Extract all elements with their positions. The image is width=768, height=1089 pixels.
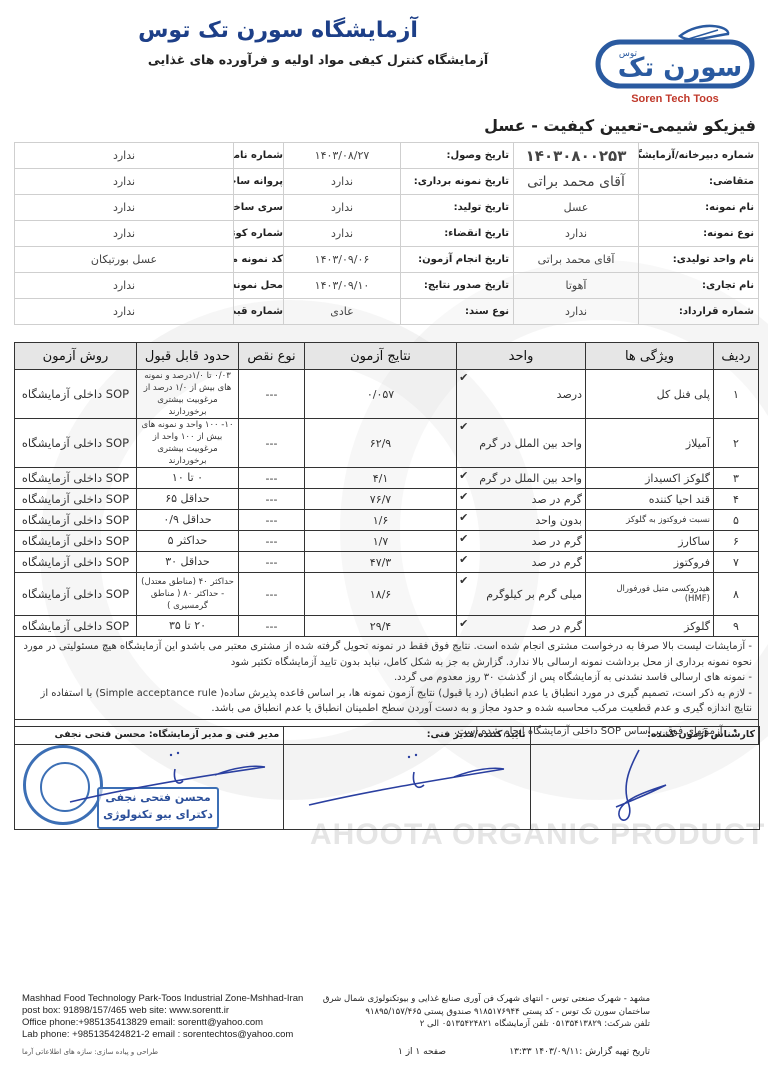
info-value: عادی	[284, 299, 401, 325]
defect-type: ---	[239, 510, 305, 531]
table-row: ۸ هیدروکسی متیل فورفورال (HMF) میلی گرم …	[15, 573, 759, 616]
result-value: ۱/۷	[305, 531, 457, 552]
info-label: نام تجاری:	[639, 273, 759, 299]
note-line: - لازم به ذکر است، تصمیم گیری در مورد ان…	[21, 686, 752, 717]
unit: گرم در صد	[471, 489, 586, 510]
property-name: قند احیا کننده	[586, 489, 714, 510]
footer-building-fa: ساختمان سورن تک توس - کد پستی ۹۱۸۵۱۷۶۹۴۴…	[300, 1006, 650, 1019]
footer-postbox-website: post box: 91898/157/465 web site: www.so…	[22, 1005, 303, 1017]
test-method: SOP داخلی آزمایشگاه	[15, 419, 137, 468]
manager-label: مدیر فنی و مدیر آزمایشگاه: محسن فتحی نجف…	[55, 729, 280, 740]
property-name: آمیلاز	[586, 419, 714, 468]
check-icon: ✔	[457, 616, 471, 637]
approver-signature	[304, 747, 514, 817]
table-row: ۳ گلوکز اکسیداز واحد بین الملل در گرم ✔ …	[15, 468, 759, 489]
approver-signature-cell: تایید کننده/مدیر فنی:	[283, 727, 529, 829]
col-header-defect: نوع نقص	[239, 343, 305, 370]
check-icon: ✔	[457, 510, 471, 531]
property-name: گلوکز اکسیداز	[586, 468, 714, 489]
acceptable-limit: ۰ تا ۱۰	[137, 468, 239, 489]
unit: میلی گرم بر کیلوگرم	[471, 573, 586, 616]
footer-contact-fa: مشهد - شهرک صنعتی توس - انتهای شهرک فن آ…	[300, 993, 650, 1031]
defect-type: ---	[239, 419, 305, 468]
sample-info-grid: شماره دبیرخانه/آزمایشگاه: ۱۴۰۳۰۸۰۰۲۵۳ تا…	[14, 142, 759, 325]
lab-name: آزمایشگاه سورن تک توس	[78, 18, 478, 43]
row-number: ۲	[714, 419, 759, 468]
row-number: ۶	[714, 531, 759, 552]
result-value: ۱/۶	[305, 510, 457, 531]
row-number: ۱	[714, 370, 759, 419]
footer-address-en: Mashhad Food Technology Park-Toos Indust…	[22, 993, 303, 1005]
info-value: ندارد	[284, 195, 401, 221]
results-table: ردیف ویژگی ها واحد نتایج آزمون نوع نقص ح…	[14, 342, 759, 745]
table-row: ۲ آمیلاز واحد بین الملل در گرم ✔ ۶۲/۹ --…	[15, 419, 759, 468]
info-label: نوع سند:	[401, 299, 514, 325]
info-value: ندارد	[284, 221, 401, 247]
result-value: ۷۶/۷	[305, 489, 457, 510]
info-label: شماره کوتاژ:	[234, 221, 284, 247]
col-header-unit: واحد	[457, 343, 586, 370]
info-value: ندارد	[514, 221, 639, 247]
info-label: سری ساخت:	[234, 195, 284, 221]
defect-type: ---	[239, 573, 305, 616]
result-value: ۶۲/۹	[305, 419, 457, 468]
info-value: ۱۴۰۳/۰۸/۲۷	[284, 143, 401, 169]
col-header-row-number: ردیف	[714, 343, 759, 370]
manager-signature-cell: مدیر فنی و مدیر آزمایشگاه: محسن فتحی نجف…	[15, 727, 283, 829]
note-line: - آزمایشات لیست بالا صرفا به درخواست مشت…	[21, 639, 752, 670]
check-icon: ✔	[457, 468, 471, 489]
row-number: ۷	[714, 552, 759, 573]
defect-type: ---	[239, 370, 305, 419]
acceptable-limit: حداقل ۶۵	[137, 489, 239, 510]
acceptable-limit: حداقل ۰/۹	[137, 510, 239, 531]
info-row: نوع نمونه: ندارد تاریخ انقضاء: ندارد شما…	[15, 221, 759, 247]
info-label: متقاضی:	[639, 169, 759, 195]
row-number: ۵	[714, 510, 759, 531]
result-value: ۲۹/۴	[305, 616, 457, 637]
stamp-title: دکترای بیو تکنولوژی	[99, 806, 217, 823]
signatures-section: کارشناس آزمون کننده: تایید کننده/مدیر فن…	[14, 726, 760, 830]
info-label: نام واحد تولیدی:	[639, 247, 759, 273]
table-row: ۹ گلوکز گرم در صد ✔ ۲۹/۴ --- ۲۰ تا ۳۵ SO…	[15, 616, 759, 637]
table-row: ۵ نسبت فروکتوز به گلوکز بدون واحد ✔ ۱/۶ …	[15, 510, 759, 531]
info-label: شماره دبیرخانه/آزمایشگاه:	[639, 143, 759, 169]
info-value: ندارد	[284, 169, 401, 195]
info-row: نام واحد تولیدی: آقای محمد براتی تاریخ ا…	[15, 247, 759, 273]
info-label: کد نمونه مشتری:	[234, 247, 284, 273]
acceptable-limit: حداکثر ۵	[137, 531, 239, 552]
info-value: آقای محمد براتی	[514, 247, 639, 273]
document-title: فیزیکو شیمی-تعیین کیفیت - عسل	[484, 116, 756, 135]
acceptable-limit: ۲۰ تا ۳۵	[137, 616, 239, 637]
footer-phones-fa: تلفن شرکت: ۰۵۱۳۵۴۱۳۸۲۹ تلفن آزمایشگاه ۰۵…	[300, 1018, 650, 1031]
col-header-method: روش آزمون	[15, 343, 137, 370]
defect-type: ---	[239, 489, 305, 510]
page-number: صفحه ۱ از ۱	[398, 1047, 446, 1057]
info-label: شماره قرارداد:	[639, 299, 759, 325]
test-method: SOP داخلی آزمایشگاه	[15, 510, 137, 531]
approver-label: تایید کننده/مدیر فنی:	[427, 729, 526, 740]
check-icon: ✔	[457, 419, 471, 468]
footer-address-fa: مشهد - شهرک صنعتی توس - انتهای شهرک فن آ…	[300, 993, 650, 1006]
info-row: شماره قرارداد: ندارد نوع سند: عادی شماره…	[15, 299, 759, 325]
company-logo: سورن تک توس Soren Tech Toos	[590, 22, 760, 106]
property-name: گلوکز	[586, 616, 714, 637]
unit: واحد بین الملل در گرم	[471, 468, 586, 489]
test-method: SOP داخلی آزمایشگاه	[15, 468, 137, 489]
defect-type: ---	[239, 616, 305, 637]
info-value: ندارد	[15, 195, 234, 221]
info-value: ندارد	[15, 169, 234, 195]
notes-row: - آزمایشات لیست بالا صرفا به درخواست مشت…	[15, 637, 759, 720]
info-label: شماره قبض انبار:	[234, 299, 284, 325]
footer-contact-en: Mashhad Food Technology Park-Toos Indust…	[22, 993, 303, 1041]
footer-lab-phone: Lab phone: +985135424821-2 email : soren…	[22, 1029, 303, 1041]
info-value: ندارد	[15, 273, 234, 299]
table-header-row: ردیف ویژگی ها واحد نتایج آزمون نوع نقص ح…	[15, 343, 759, 370]
test-method: SOP داخلی آزمایشگاه	[15, 489, 137, 510]
info-value: ۱۴۰۳/۰۹/۰۶	[284, 247, 401, 273]
check-icon: ✔	[457, 531, 471, 552]
acceptable-limit: حداکثر ۴۰ (مناطق معتدل) - حداکثر ۸۰ ( من…	[137, 573, 239, 616]
info-value: ندارد	[15, 221, 234, 247]
acceptable-limit: ۰/۰۳ تا ۱/۰درصد و نمونه های بیش از ۱/۰ د…	[137, 370, 239, 419]
check-icon: ✔	[457, 370, 471, 419]
info-label: تاریخ انقضاء:	[401, 221, 514, 247]
unit: بدون واحد	[471, 510, 586, 531]
check-icon: ✔	[457, 573, 471, 616]
info-row: شماره دبیرخانه/آزمایشگاه: ۱۴۰۳۰۸۰۰۲۵۳ تا…	[15, 143, 759, 169]
info-label: نوع نمونه:	[639, 221, 759, 247]
row-number: ۹	[714, 616, 759, 637]
col-header-result: نتایج آزمون	[305, 343, 457, 370]
test-method: SOP داخلی آزمایشگاه	[15, 552, 137, 573]
property-name: هیدروکسی متیل فورفورال (HMF)	[586, 573, 714, 616]
report-date: تاریخ تهیه گزارش :۱۴۰۳/۰۹/۱۱ ۱۳:۳۳	[509, 1047, 650, 1057]
defect-type: ---	[239, 468, 305, 489]
table-row: ۱ پلی فنل کل درصد ✔ ۰/۰۵۷ --- ۰/۰۳ تا ۱/…	[15, 370, 759, 419]
check-icon: ✔	[457, 552, 471, 573]
property-name: پلی فنل کل	[586, 370, 714, 419]
tester-signature	[591, 745, 681, 825]
info-label: نام نمونه:	[639, 195, 759, 221]
tester-label: کارشناس آزمون کننده:	[647, 729, 755, 740]
lab-number: ۱۴۰۳۰۸۰۰۲۵۳	[514, 143, 639, 169]
note-line: - نمونه های ارسالی فاسد نشدنی به آزمایشگ…	[21, 670, 752, 686]
info-row: متقاضی: آقای محمد براتی تاریخ نمونه بردا…	[15, 169, 759, 195]
info-label: محل نمونه برداری:	[234, 273, 284, 299]
unit: گرم در صد	[471, 616, 586, 637]
info-value: آهوتا	[514, 273, 639, 299]
applicant-name: آقای محمد براتی	[514, 169, 639, 195]
unit: گرم در صد	[471, 531, 586, 552]
unit: واحد بین الملل در گرم	[471, 419, 586, 468]
defect-type: ---	[239, 531, 305, 552]
info-value: ندارد	[15, 143, 234, 169]
property-name: ساکارز	[586, 531, 714, 552]
test-method: SOP داخلی آزمایشگاه	[15, 616, 137, 637]
info-label: شماره نامه:	[234, 143, 284, 169]
acceptable-limit: ۱۰- ۱۰۰ واحد و نمونه های بیش از ۱۰۰ واحد…	[137, 419, 239, 468]
col-header-property: ویژگی ها	[586, 343, 714, 370]
table-row: ۶ ساکارز گرم در صد ✔ ۱/۷ --- حداکثر ۵ SO…	[15, 531, 759, 552]
test-method: SOP داخلی آزمایشگاه	[15, 573, 137, 616]
row-number: ۸	[714, 573, 759, 616]
acceptable-limit: حداقل ۳۰	[137, 552, 239, 573]
info-label: تاریخ انجام آزمون:	[401, 247, 514, 273]
footer-credit: طراحی و پیاده سازی: سازه های اطلاعاتی آر…	[22, 1048, 158, 1056]
info-label: تاریخ صدور نتایج:	[401, 273, 514, 299]
info-value: ندارد	[15, 299, 234, 325]
table-row: ۴ قند احیا کننده گرم در صد ✔ ۷۶/۷ --- حد…	[15, 489, 759, 510]
tester-signature-cell: کارشناس آزمون کننده:	[530, 727, 759, 829]
test-method: SOP داخلی آزمایشگاه	[15, 531, 137, 552]
result-value: ۴۷/۳	[305, 552, 457, 573]
result-value: ۴/۱	[305, 468, 457, 489]
svg-text:توس: توس	[619, 49, 638, 59]
defect-type: ---	[239, 552, 305, 573]
info-label: پروانه ساخت:	[234, 169, 284, 195]
result-value: ۰/۰۵۷	[305, 370, 457, 419]
info-label: تاریخ وصول:	[401, 143, 514, 169]
result-value: ۱۸/۶	[305, 573, 457, 616]
info-value: عسل بورتیکان	[15, 247, 234, 273]
unit: گرم در صد	[471, 552, 586, 573]
property-name: فروکتوز	[586, 552, 714, 573]
info-label: تاریخ نمونه برداری:	[401, 169, 514, 195]
row-number: ۴	[714, 489, 759, 510]
table-row: ۷ فروکتوز گرم در صد ✔ ۴۷/۳ --- حداقل ۳۰ …	[15, 552, 759, 573]
footer-office-phone: Office phone:+985135413829 email: sorent…	[22, 1017, 303, 1029]
info-row: نام نمونه: عسل تاریخ تولید: ندارد سری سا…	[15, 195, 759, 221]
check-icon: ✔	[457, 489, 471, 510]
manager-signature	[65, 747, 275, 807]
info-value: ۱۴۰۳/۰۹/۱۰	[284, 273, 401, 299]
test-method: SOP داخلی آزمایشگاه	[15, 370, 137, 419]
info-value: ندارد	[514, 299, 639, 325]
row-number: ۳	[714, 468, 759, 489]
info-label: تاریخ تولید:	[401, 195, 514, 221]
svg-text:Soren Tech Toos: Soren Tech Toos	[631, 93, 719, 105]
property-name: نسبت فروکتوز به گلوکز	[586, 510, 714, 531]
unit: درصد	[471, 370, 586, 419]
disclaimer-notes: - آزمایشات لیست بالا صرفا به درخواست مشت…	[15, 637, 759, 720]
info-value: عسل	[514, 195, 639, 221]
lab-subtitle: آزمایشگاه کنترل کیفی مواد اولیه و فرآورد…	[118, 52, 518, 67]
info-row: نام تجاری: آهوتا تاریخ صدور نتایج: ۱۴۰۳/…	[15, 273, 759, 299]
col-header-limit: حدود قابل قبول	[137, 343, 239, 370]
